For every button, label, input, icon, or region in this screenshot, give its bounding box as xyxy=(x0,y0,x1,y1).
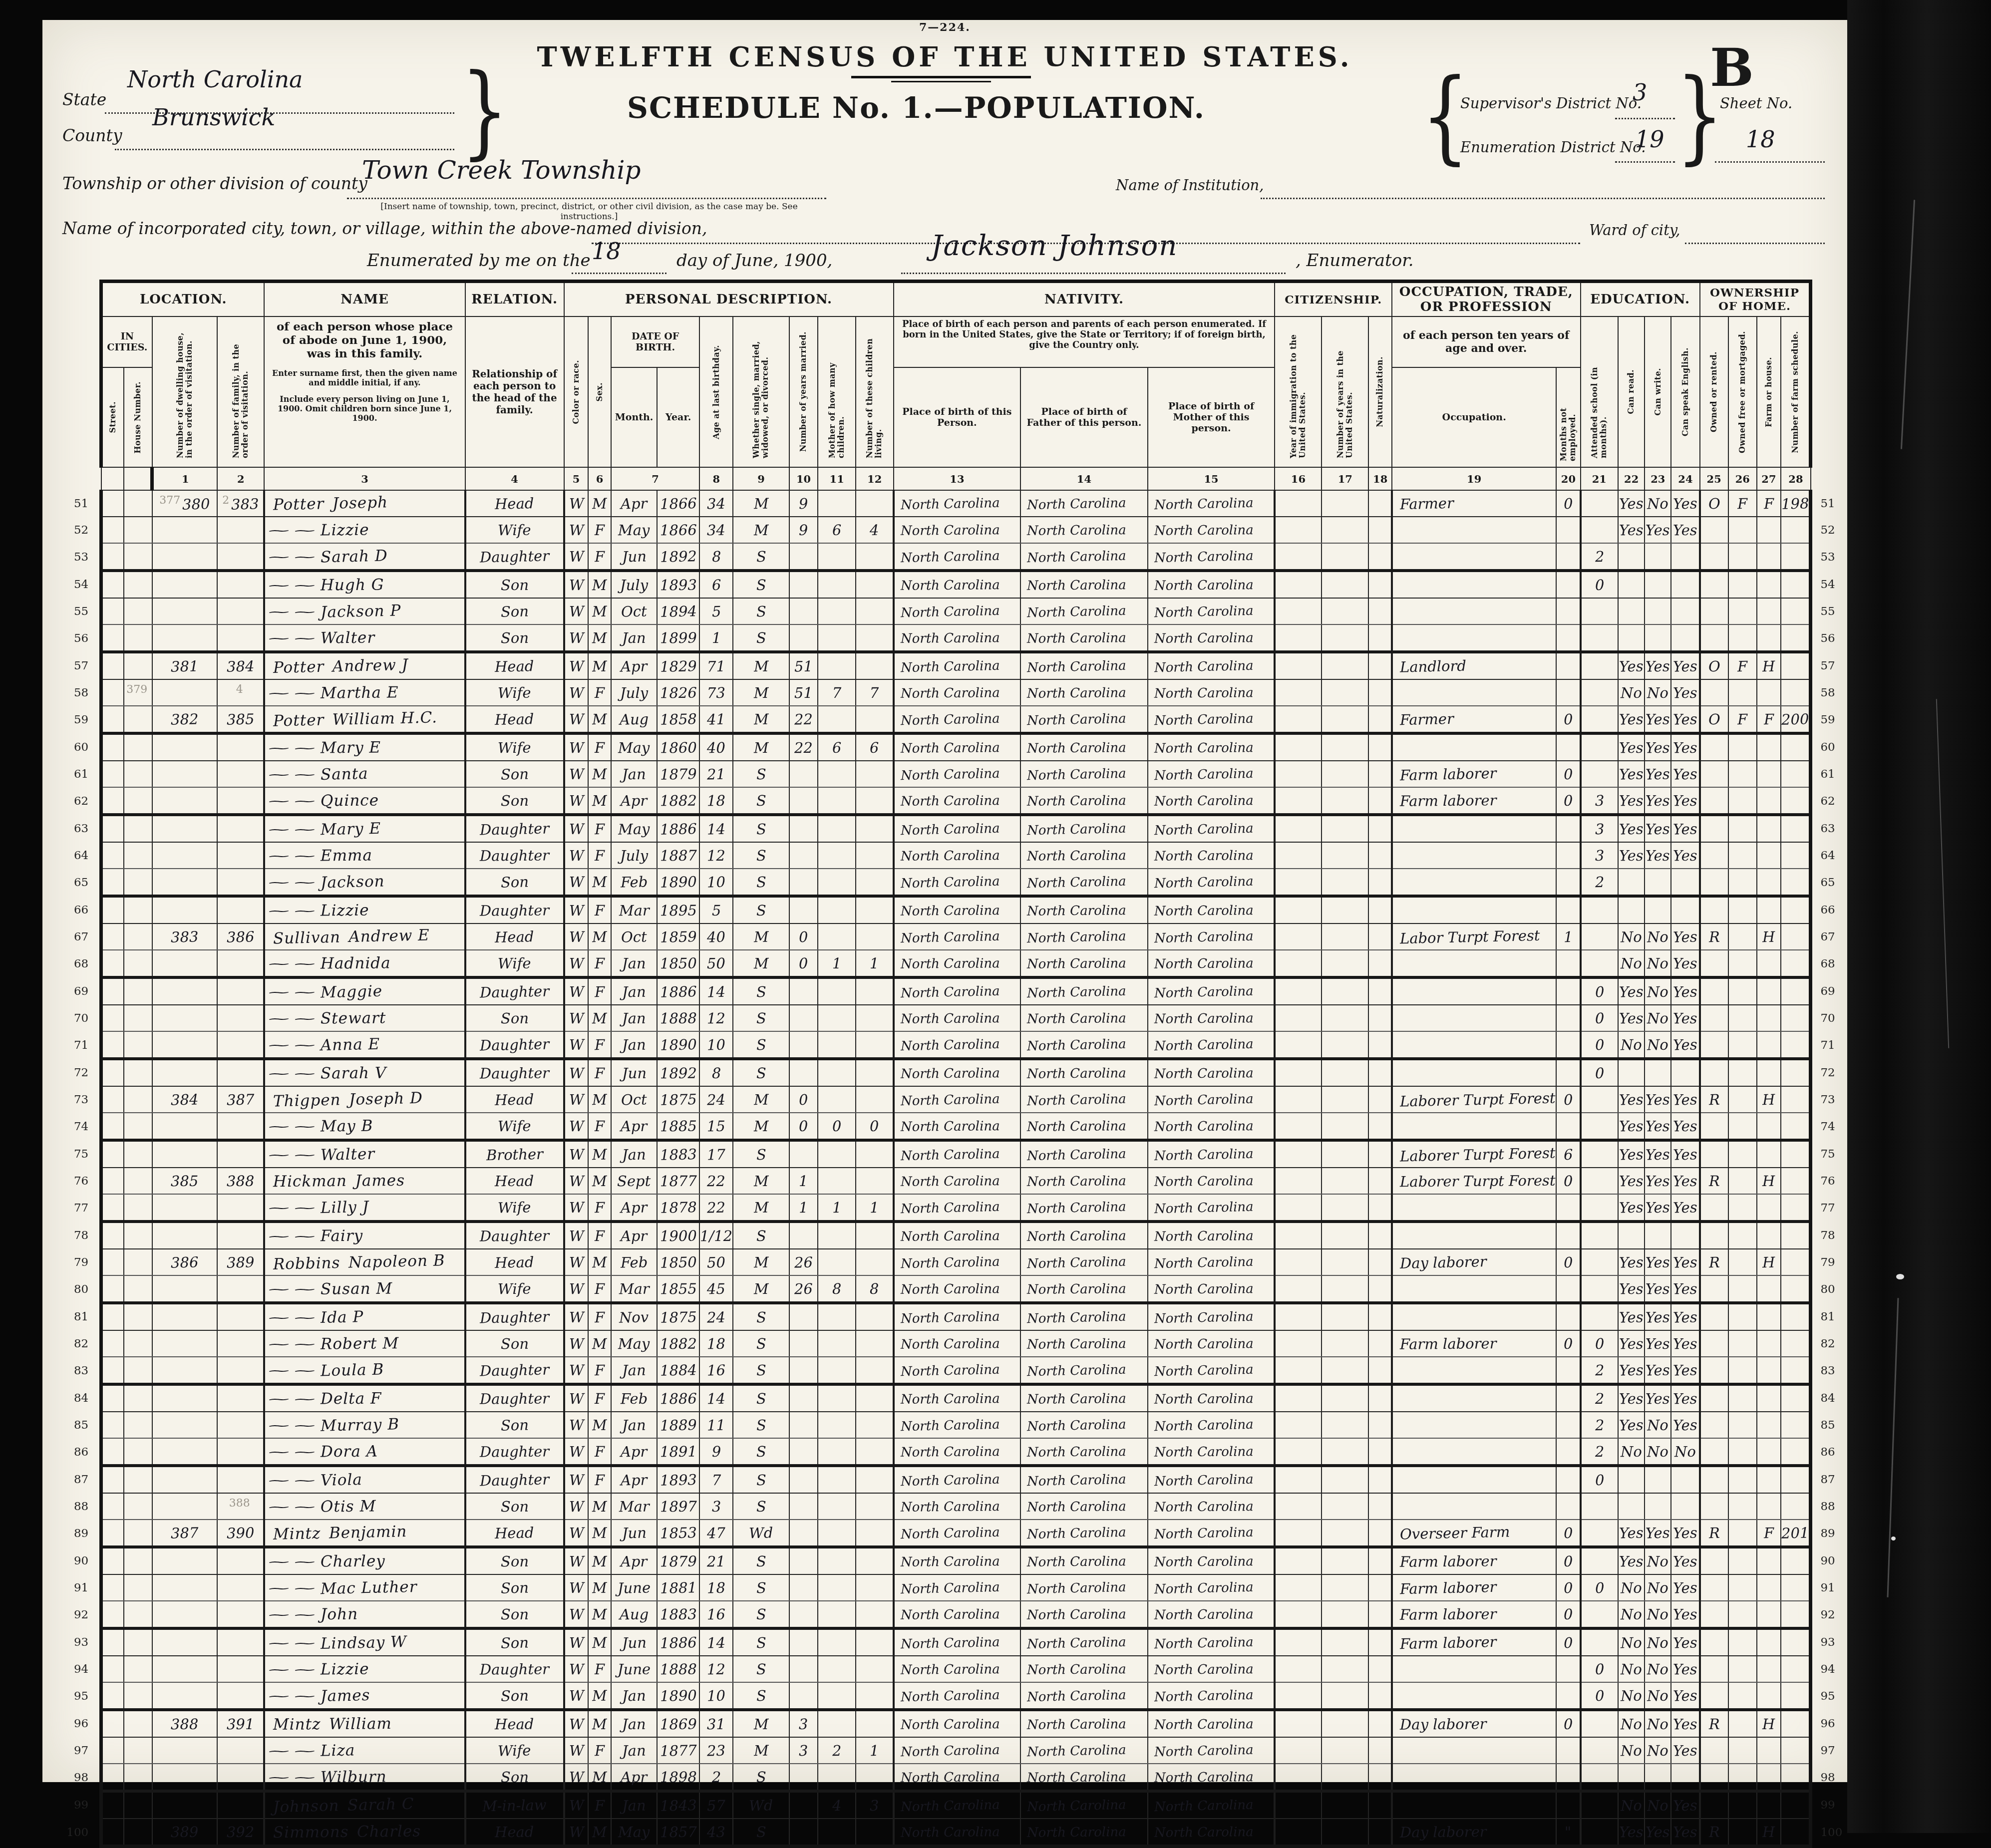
ditto-mark: ~~ xyxy=(266,794,318,807)
cell-farm-house: H xyxy=(1757,652,1781,679)
months-not-employed-label: Months not employed. xyxy=(1559,374,1578,461)
cell-can-speak-english-value: Yes xyxy=(1673,1308,1697,1326)
cell-can-speak-english: Yes xyxy=(1671,1168,1699,1194)
cell-family-number xyxy=(217,1031,264,1059)
cell-color-value: W xyxy=(569,495,584,512)
cell-birth-month-value: Jan xyxy=(622,1797,646,1814)
cell-years-married-value: 9 xyxy=(799,521,808,538)
cell-years-married xyxy=(789,1303,818,1330)
col-street-header: Street. xyxy=(101,367,124,467)
cell-birthplace-person: North Carolina xyxy=(894,896,1021,924)
cell-name-value: Jackson P xyxy=(321,602,401,621)
cell-line-number: 92 xyxy=(55,1601,101,1628)
cell-can-speak-english-value: Yes xyxy=(1673,1552,1697,1569)
cell-street xyxy=(101,624,124,652)
cell-school-months: 2 xyxy=(1581,869,1619,896)
cell-birthplace-mother-value: North Carolina xyxy=(1154,1554,1254,1570)
cell-birthplace-person: North Carolina xyxy=(894,1628,1021,1656)
cell-can-read: Yes xyxy=(1618,1547,1645,1574)
cell-name: Potter William H.C. xyxy=(264,706,465,733)
cell-name-value: Quince xyxy=(321,791,379,810)
cell-birthplace-person: North Carolina xyxy=(894,924,1021,950)
cell-line-number: 60 xyxy=(1811,733,1847,761)
cell-can-read: No xyxy=(1618,1791,1645,1819)
cell-marital-status: S xyxy=(733,624,789,652)
cell-color-value: W xyxy=(569,1605,584,1622)
cell-can-read-value: Yes xyxy=(1619,792,1644,809)
cell-can-write-value: Yes xyxy=(1646,1253,1670,1271)
cell-line-number: 74 xyxy=(1811,1113,1847,1140)
cell-can-read-value: No xyxy=(1621,1443,1642,1460)
cell-can-write-value: Yes xyxy=(1646,820,1670,838)
cell-farm-schedule xyxy=(1781,598,1811,624)
cell-immigration-year xyxy=(1275,1628,1322,1656)
cell-birthplace-mother: North Carolina xyxy=(1148,571,1275,598)
col-sex-header: Sex. xyxy=(588,316,611,467)
cell-immigration-year xyxy=(1275,1113,1322,1140)
cell-can-write-value: Yes xyxy=(1646,1117,1670,1134)
cell-line-number-value: 70 xyxy=(74,1012,88,1025)
cell-children-living xyxy=(856,1682,894,1710)
cell-can-write: Yes xyxy=(1645,1819,1671,1833)
cell-can-speak-english: Yes xyxy=(1671,1574,1699,1601)
cell-birthplace-mother: North Carolina xyxy=(1148,869,1275,896)
cell-line-number: 61 xyxy=(1811,761,1847,787)
cell-occupation: Farm laborer xyxy=(1392,1547,1556,1574)
cell-name-value: Wilburn xyxy=(321,1768,387,1786)
cell-family-number xyxy=(217,787,264,815)
cell-sex: M xyxy=(588,1140,611,1168)
cell-birth-year-value: 1889 xyxy=(660,1416,697,1434)
cell-family-number xyxy=(217,571,264,598)
cell-birthplace-mother: North Carolina xyxy=(1148,1682,1275,1710)
cell-color: W xyxy=(564,1275,589,1303)
cell-age-value: 14 xyxy=(707,1634,726,1651)
cell-marital-status-value: S xyxy=(756,1335,766,1352)
cell-color: W xyxy=(564,490,589,517)
cell-immigration-year xyxy=(1275,815,1322,842)
col-speak-english-header: Can speak English. xyxy=(1671,316,1699,467)
cell-birthplace-father: North Carolina xyxy=(1020,517,1147,543)
cell-name: ~~Viola xyxy=(264,1466,465,1493)
column-number: 3 xyxy=(264,467,465,490)
cell-house-number xyxy=(124,1764,152,1791)
cell-birth-month: Jan xyxy=(611,1357,657,1384)
cell-color-value: W xyxy=(569,1797,584,1814)
person-row: 79386389Robbins Napoleon BHeadWMFeb18505… xyxy=(55,1249,1847,1275)
cell-line-number: 83 xyxy=(1811,1357,1847,1384)
cell-dwelling-number xyxy=(152,1547,218,1574)
cell-mother-of-children: 4 xyxy=(818,1791,856,1819)
cell-sex: M xyxy=(588,1520,611,1547)
cell-dwelling-number xyxy=(152,896,218,924)
cell-line-number: 67 xyxy=(1811,924,1847,950)
cell-age-value: 45 xyxy=(707,1280,725,1297)
cell-occupation-value: Laborer Turpt Forest xyxy=(1400,1172,1556,1190)
cell-can-read-value: No xyxy=(1621,1742,1643,1759)
cell-can-speak-english-value: Yes xyxy=(1673,1605,1697,1622)
cell-age-value: 18 xyxy=(707,1335,725,1352)
cell-color-value: W xyxy=(569,548,584,565)
cell-marital-status-value: M xyxy=(753,657,768,675)
cell-owned-free-mortgaged-value: F xyxy=(1737,657,1748,674)
cell-owned-rented xyxy=(1700,815,1728,842)
cell-color: W xyxy=(564,1086,589,1113)
cell-dwelling-number xyxy=(152,679,218,706)
cell-birthplace-person-value: North Carolina xyxy=(900,1580,999,1597)
cell-years-in-us xyxy=(1322,1168,1368,1194)
cell-owned-free-mortgaged xyxy=(1728,1791,1757,1819)
cell-school-months: 0 xyxy=(1581,1330,1619,1357)
cell-naturalization xyxy=(1368,1493,1392,1520)
cell-birthplace-father-value: North Carolina xyxy=(1027,630,1126,646)
cell-farm-house xyxy=(1757,733,1781,761)
cell-relation-value: Wife xyxy=(498,739,531,756)
cell-name: ~~Lilly J xyxy=(264,1194,465,1222)
cell-birthplace-person: North Carolina xyxy=(894,1682,1021,1710)
cell-months-not-employed: 0 xyxy=(1556,1330,1580,1357)
cell-naturalization xyxy=(1368,950,1392,977)
cell-line-number-value: 77 xyxy=(74,1202,88,1215)
column-number: 18 xyxy=(1368,467,1392,490)
cell-birthplace-mother: North Carolina xyxy=(1148,1819,1275,1833)
cell-relation-value: Head xyxy=(495,1172,534,1190)
cell-birth-year: 1890 xyxy=(657,869,699,896)
person-row: 71~~Anna EDaughterWFJan189010SNorth Caro… xyxy=(55,1031,1847,1059)
cell-birthplace-father-value: North Carolina xyxy=(1027,793,1126,809)
cell-months-not-employed xyxy=(1556,571,1580,598)
cell-name: ~~Mac Luther xyxy=(264,1574,465,1601)
cell-line-number-value: 63 xyxy=(1820,822,1835,835)
cell-school-months xyxy=(1581,706,1619,733)
cell-months-not-employed: 0 xyxy=(1556,1574,1580,1601)
cell-birthplace-person-value: North Carolina xyxy=(900,1554,999,1570)
column-number: 1 xyxy=(152,467,218,490)
cell-can-speak-english-value: Yes xyxy=(1673,820,1697,838)
naturalization-label: Naturalization. xyxy=(1375,356,1384,427)
cell-months-not-employed-value: 0 xyxy=(1564,1335,1573,1352)
cell-birthplace-father-value: North Carolina xyxy=(1027,1281,1126,1297)
cell-relation: Daughter xyxy=(465,815,564,842)
cell-birth-month: Jan xyxy=(611,1737,657,1764)
cell-months-not-employed xyxy=(1556,1222,1580,1249)
cell-birthplace-father-value: North Carolina xyxy=(1027,1229,1126,1244)
person-row: 63~~Mary EDaughterWFMay188614SNorth Caro… xyxy=(55,815,1847,842)
cell-family-number xyxy=(217,815,264,842)
cell-birth-month-value: Jun xyxy=(622,1524,647,1541)
cell-years-in-us xyxy=(1322,1438,1368,1466)
cell-birth-month-value: Oct xyxy=(621,1091,647,1108)
cell-marital-status: M xyxy=(733,1249,789,1275)
cell-birthplace-person-value: North Carolina xyxy=(900,766,999,783)
cell-school-months xyxy=(1581,1628,1619,1656)
cell-occupation: Farmer xyxy=(1392,706,1556,733)
cell-can-read xyxy=(1618,1493,1645,1520)
cell-farm-house xyxy=(1757,1412,1781,1438)
cell-line-number-value: 93 xyxy=(1820,1636,1835,1649)
cell-relation: Son xyxy=(465,1005,564,1031)
cell-birth-year: 1869 xyxy=(657,1710,699,1737)
cell-sex-value: F xyxy=(595,1361,605,1378)
cell-birthplace-father-value: North Carolina xyxy=(1027,1147,1126,1164)
cell-line-number: 63 xyxy=(55,815,101,842)
cell-can-write xyxy=(1645,896,1671,924)
cell-naturalization xyxy=(1368,1574,1392,1601)
cell-line-number-value: 67 xyxy=(74,930,88,943)
cell-can-write: Yes xyxy=(1645,787,1671,815)
ditto-mark: ~~ xyxy=(266,1148,318,1161)
cell-farm-schedule xyxy=(1781,652,1811,679)
cell-dwelling-number xyxy=(152,543,218,571)
cell-birthplace-person-value: North Carolina xyxy=(900,1092,999,1109)
cell-marital-status-value: S xyxy=(756,1361,766,1378)
cell-sex: F xyxy=(588,1059,611,1086)
cell-farm-schedule xyxy=(1781,1222,1811,1249)
cell-years-in-us xyxy=(1322,1059,1368,1086)
cell-birth-month: Jan xyxy=(611,950,657,977)
cell-years-married: 0 xyxy=(789,1086,818,1113)
cell-years-married xyxy=(789,571,818,598)
cell-family-number xyxy=(217,1384,264,1412)
cell-line-number-value: 64 xyxy=(1820,849,1835,862)
cell-immigration-year xyxy=(1275,1438,1322,1466)
cell-owned-rented xyxy=(1700,1412,1728,1438)
cell-owned-free-mortgaged xyxy=(1728,1059,1757,1086)
cell-years-in-us xyxy=(1322,1005,1368,1031)
cell-line-number: 81 xyxy=(1811,1303,1847,1330)
cell-can-write-value: No xyxy=(1647,1579,1669,1596)
cell-line-number-value: 54 xyxy=(1820,578,1835,591)
cell-can-speak-english-value: Yes xyxy=(1673,1199,1697,1216)
cell-sex-value: M xyxy=(592,873,607,891)
cell-birth-month-value: Jan xyxy=(622,1009,646,1026)
cell-can-read: Yes xyxy=(1618,1384,1645,1412)
cell-birth-month: June xyxy=(611,1574,657,1601)
cell-marital-status: M xyxy=(733,1710,789,1737)
ditto-mark: ~~ xyxy=(266,1500,318,1513)
cell-birthplace-mother: North Carolina xyxy=(1148,1601,1275,1628)
can-read-label: Can read. xyxy=(1627,369,1636,414)
cell-can-speak-english-value: Yes xyxy=(1673,1280,1697,1297)
cell-farm-schedule xyxy=(1781,815,1811,842)
cell-age: 10 xyxy=(699,869,733,896)
cell-relation-value: Brother xyxy=(486,1145,543,1164)
cell-years-in-us xyxy=(1322,1574,1368,1601)
cell-mother-of-children xyxy=(818,787,856,815)
cell-mother-of-children xyxy=(818,624,856,652)
cell-years-married: 3 xyxy=(789,1737,818,1764)
cell-dwelling-number xyxy=(152,977,218,1005)
cell-can-read-value: No xyxy=(1621,1036,1643,1053)
column-number: 15 xyxy=(1148,467,1275,490)
cell-can-read-value: Yes xyxy=(1619,1009,1644,1026)
ditto-mark: ~~ xyxy=(266,1474,318,1487)
cell-immigration-year xyxy=(1275,1357,1322,1384)
cell-can-speak-english xyxy=(1671,1059,1699,1086)
cell-line-number: 62 xyxy=(1811,787,1847,815)
ditto-mark: ~~ xyxy=(266,1311,318,1324)
cell-house-number xyxy=(124,1628,152,1656)
cell-line-number: 98 xyxy=(55,1764,101,1791)
cell-color-value: W xyxy=(569,1091,584,1108)
cell-occupation: Farmer xyxy=(1392,490,1556,517)
cell-line-number-value: 99 xyxy=(74,1799,88,1812)
cell-name: ~~Emma xyxy=(264,842,465,869)
cell-line-number: 53 xyxy=(55,543,101,571)
cell-relation-value: Daughter xyxy=(480,820,550,838)
cell-birthplace-person: North Carolina xyxy=(894,490,1021,517)
cell-school-months xyxy=(1581,1710,1619,1737)
cell-sex-value: F xyxy=(595,954,605,971)
cell-line-number: 96 xyxy=(1811,1710,1847,1737)
cell-birthplace-father: North Carolina xyxy=(1020,924,1147,950)
cell-farm-house xyxy=(1757,1737,1781,1764)
cell-sex: M xyxy=(588,1764,611,1791)
cell-mother-of-children xyxy=(818,1764,856,1791)
cell-name: ~~Maggie xyxy=(264,977,465,1005)
cell-color-value: W xyxy=(569,1253,584,1271)
cell-birthplace-person: North Carolina xyxy=(894,1249,1021,1275)
cell-mother-of-children xyxy=(818,1819,856,1833)
cell-immigration-year xyxy=(1275,1791,1322,1819)
cell-school-months-value: 0 xyxy=(1595,983,1604,1000)
cell-age: 6 xyxy=(699,571,733,598)
cell-birth-month: Jun xyxy=(611,1628,657,1656)
cell-birthplace-mother: North Carolina xyxy=(1148,1086,1275,1113)
cell-owned-free-mortgaged xyxy=(1728,842,1757,869)
cell-immigration-year xyxy=(1275,490,1322,517)
cell-street xyxy=(101,924,124,950)
cell-farm-house xyxy=(1757,869,1781,896)
cell-mother-of-children xyxy=(818,1656,856,1682)
cell-marital-status-value: S xyxy=(756,1416,766,1433)
cell-relation: Son xyxy=(465,1601,564,1628)
person-row: 91~~Mac LutherSonWMJune188118SNorth Caro… xyxy=(55,1574,1847,1601)
cell-line-number: 90 xyxy=(55,1547,101,1574)
cell-marital-status: Wd xyxy=(733,1520,789,1547)
cell-years-married: 0 xyxy=(789,1113,818,1140)
cell-can-read-value: Yes xyxy=(1619,1823,1644,1833)
cell-family-number xyxy=(217,1330,264,1357)
cell-occupation xyxy=(1392,896,1556,924)
cell-birth-year: 1883 xyxy=(657,1601,699,1628)
cell-marital-status: S xyxy=(733,977,789,1005)
cell-relation-value: Wife xyxy=(498,1199,531,1216)
cell-occupation-value: Labor Turpt Forest xyxy=(1400,926,1540,946)
cell-marital-status: S xyxy=(733,787,789,815)
cell-age: 10 xyxy=(699,1682,733,1710)
cell-birth-year-value: 1887 xyxy=(660,847,697,864)
cell-dwelling-number: 386 xyxy=(152,1249,218,1275)
cell-immigration-year xyxy=(1275,1764,1322,1791)
cell-marital-status-value: M xyxy=(753,1742,768,1759)
cell-farm-house: H xyxy=(1757,1819,1781,1833)
cell-dwelling-number: 385 xyxy=(152,1168,218,1194)
cell-birth-month-value: May xyxy=(618,1335,650,1352)
cell-sex: F xyxy=(588,1656,611,1682)
cell-birth-month: May xyxy=(611,1330,657,1357)
cell-school-months xyxy=(1581,896,1619,924)
cell-can-write-value: Yes xyxy=(1646,1280,1670,1297)
cell-owned-free-mortgaged xyxy=(1728,517,1757,543)
cell-sex-value: F xyxy=(595,1390,605,1407)
cell-farm-schedule-value: 200 xyxy=(1781,710,1809,728)
cell-sex-value: M xyxy=(592,792,607,809)
cell-line-number: 77 xyxy=(1811,1194,1847,1222)
cell-sex-value: M xyxy=(592,1634,607,1651)
cell-farm-house: F xyxy=(1757,490,1781,517)
cell-line-number-value: 98 xyxy=(74,1771,88,1784)
cell-mother-of-children xyxy=(818,1601,856,1628)
cell-birth-year-value: 1899 xyxy=(660,629,697,646)
cell-months-not-employed xyxy=(1556,842,1580,869)
page-title: TWELFTH CENSUS OF THE UNITED STATES. xyxy=(42,41,1847,73)
cell-can-write: No xyxy=(1645,1005,1671,1031)
cell-farm-house xyxy=(1757,1194,1781,1222)
cell-birthplace-father-value: North Carolina xyxy=(1027,711,1126,728)
cell-school-months xyxy=(1581,1086,1619,1113)
district-brace-close: } xyxy=(1676,66,1723,167)
cell-can-speak-english: Yes xyxy=(1671,787,1699,815)
cell-birthplace-father-value: North Carolina xyxy=(1027,578,1126,594)
cell-house-number xyxy=(124,490,152,517)
cell-months-not-employed: 0 xyxy=(1556,706,1580,733)
cell-birthplace-person: North Carolina xyxy=(894,977,1021,1005)
cell-owned-free-mortgaged-value: F xyxy=(1737,495,1748,512)
cell-birthplace-person-value: North Carolina xyxy=(900,1119,999,1135)
cell-color-value: W xyxy=(569,1443,584,1460)
cell-line-number: 87 xyxy=(55,1466,101,1493)
cell-can-speak-english-value: No xyxy=(1674,1443,1696,1460)
cell-age: 5 xyxy=(699,598,733,624)
cell-children-living xyxy=(856,1764,894,1791)
cell-farm-schedule xyxy=(1781,1574,1811,1601)
cell-sex-value: M xyxy=(592,657,607,675)
cell-can-write-value: Yes xyxy=(1646,1390,1670,1407)
cell-line-number: 53 xyxy=(1811,543,1847,571)
cell-birthplace-mother: North Carolina xyxy=(1148,1194,1275,1222)
cell-color: W xyxy=(564,1031,589,1059)
cell-occupation xyxy=(1392,950,1556,977)
cell-owned-rented xyxy=(1700,733,1728,761)
cell-school-months xyxy=(1581,1493,1619,1520)
cell-birthplace-mother-value: North Carolina xyxy=(1154,903,1254,919)
cell-years-married: 0 xyxy=(789,950,818,977)
cell-relation-value: Wife xyxy=(498,1742,531,1759)
cell-color: W xyxy=(564,1384,589,1412)
cell-months-not-employed: 6 xyxy=(1556,1140,1580,1168)
person-row: 82~~Robert MSonWMMay188218SNorth Carolin… xyxy=(55,1330,1847,1357)
cell-house-number xyxy=(124,1737,152,1764)
cell-line-number-value: 96 xyxy=(74,1717,88,1730)
cell-birth-month: Jan xyxy=(611,977,657,1005)
cell-color-value: W xyxy=(569,657,584,675)
cell-street xyxy=(101,1140,124,1168)
cell-school-months-value: 0 xyxy=(1595,1009,1604,1026)
pencil-ghost-number: 4 xyxy=(236,683,243,696)
cell-name: ~~Loula B xyxy=(264,1357,465,1384)
cell-years-married: 22 xyxy=(789,706,818,733)
cell-line-number-value: 80 xyxy=(1820,1283,1835,1296)
cell-line-number-value: 87 xyxy=(1820,1473,1835,1486)
cell-immigration-year xyxy=(1275,1737,1322,1764)
cell-mother-of-children xyxy=(818,815,856,842)
cell-naturalization xyxy=(1368,1140,1392,1168)
cell-birth-year-value: 1888 xyxy=(660,1009,697,1027)
cell-naturalization xyxy=(1368,896,1392,924)
enumerated-mid-label: day of June, 1900, xyxy=(676,251,832,271)
cell-occupation xyxy=(1392,1791,1556,1819)
